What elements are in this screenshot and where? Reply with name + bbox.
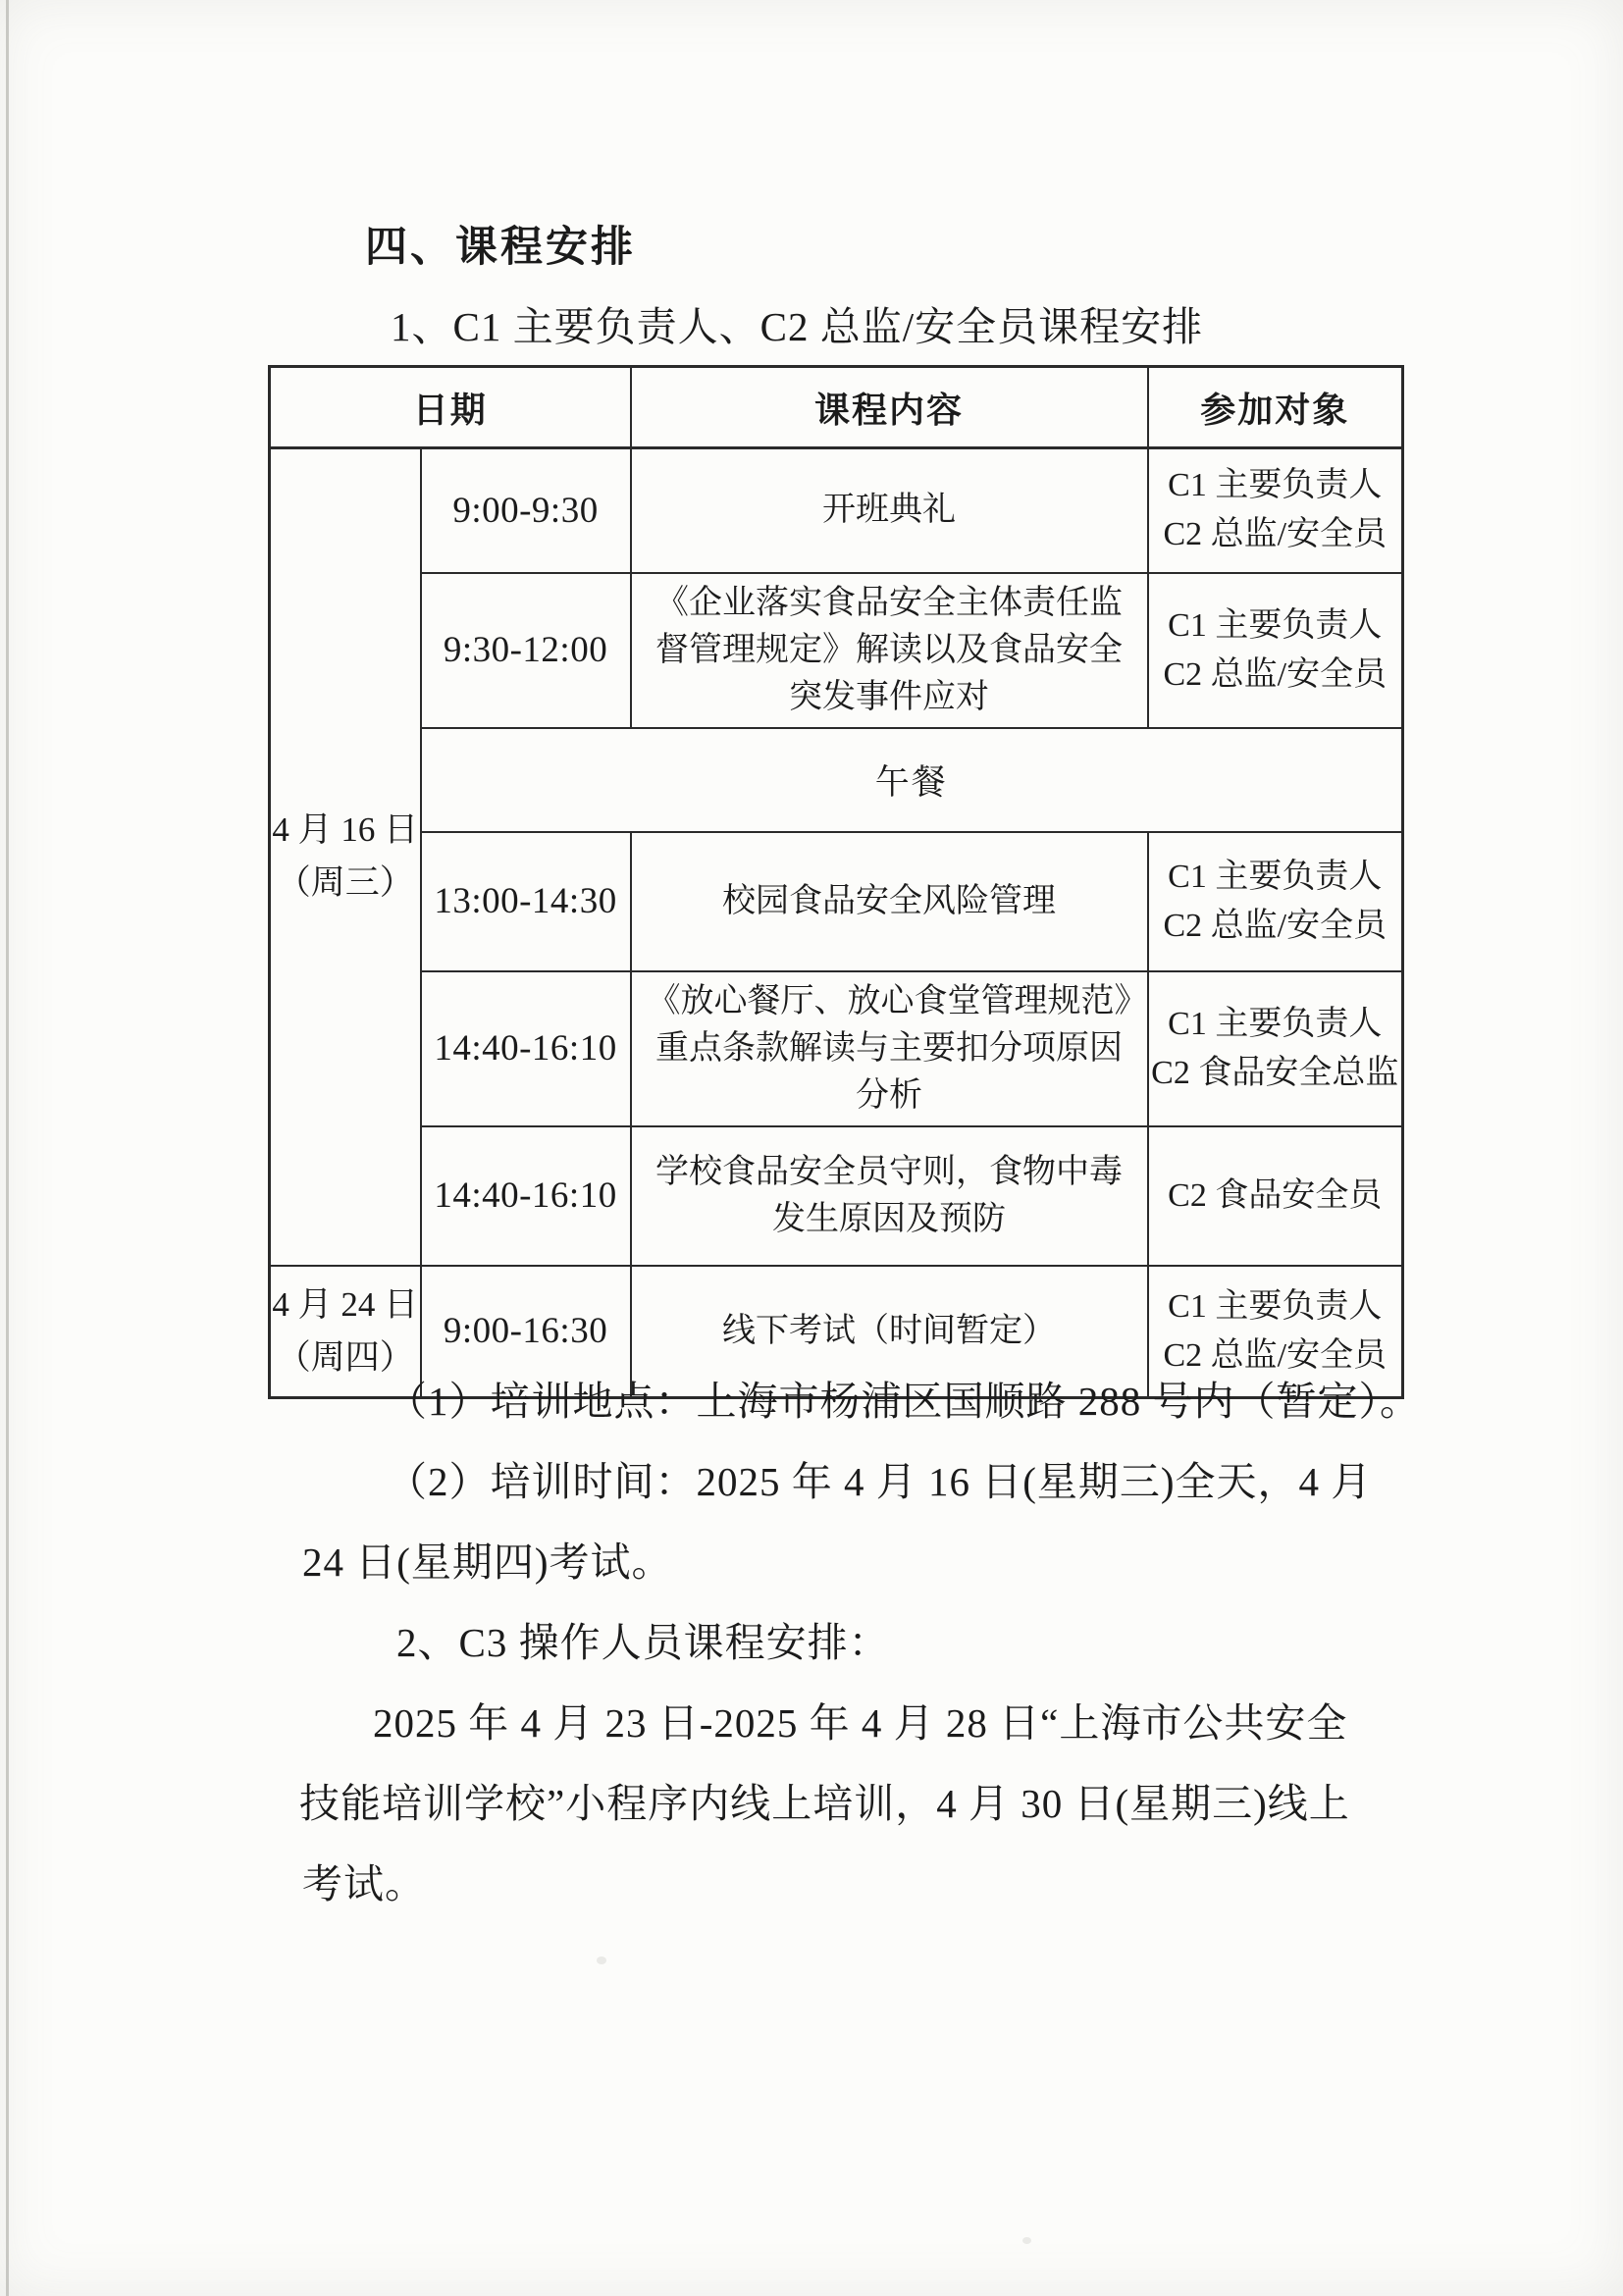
course-content-cell: 学校食品安全员守则，食物中毒发生原因及预防 [631, 1126, 1148, 1266]
date-line: 4 月 24 日 [272, 1278, 419, 1331]
table-row: 14:40-16:10 学校食品安全员守则，食物中毒发生原因及预防 C2 食品安… [270, 1126, 1403, 1266]
course-schedule-table: 日期 课程内容 参加对象 4 月 16 日 （周三） 9:00-9:30 开班典… [268, 365, 1404, 1399]
date-weekday: （周三） [272, 857, 419, 910]
course-content-cell: 《企业落实食品安全主体责任监督管理规定》解读以及食品安全突发事件应对 [631, 573, 1148, 728]
note-training-time-line2: 24 日(星期四)考试。 [302, 1530, 673, 1588]
scan-speckle [597, 1957, 606, 1964]
table-header-row: 日期 课程内容 参加对象 [270, 367, 1403, 448]
table-row: 13:00-14:30 校园食品安全风险管理 C1 主要负责人 C2 总监/安全… [270, 832, 1403, 971]
section-title: 四、课程安排 [365, 214, 636, 274]
participant-line: C2 总监/安全员 [1150, 651, 1401, 700]
header-date: 日期 [270, 367, 631, 448]
header-participants: 参加对象 [1148, 367, 1403, 448]
time-cell: 9:00-9:30 [421, 448, 631, 573]
date-cell-apr16: 4 月 16 日 （周三） [270, 448, 421, 1266]
participant-line: C2 总监/安全员 [1150, 510, 1401, 559]
note-training-location: （1）培训地点：上海市杨浦区国顺路 288 号内（暂定）。 [387, 1369, 1421, 1427]
time-cell: 14:40-16:10 [421, 971, 631, 1126]
time-cell: 9:30-12:00 [421, 573, 631, 728]
table-row: 4 月 16 日 （周三） 9:00-9:30 开班典礼 C1 主要负责人 C2… [270, 448, 1403, 573]
header-content: 课程内容 [631, 367, 1148, 448]
date-line: 4 月 16 日 [272, 804, 419, 857]
participants-cell: C2 食品安全员 [1148, 1126, 1403, 1266]
lunch-cell: 午餐 [421, 728, 1403, 832]
participant-line: C1 主要负责人 [1150, 853, 1401, 902]
participants-cell: C1 主要负责人 C2 总监/安全员 [1148, 832, 1403, 971]
course-content-cell: 开班典礼 [631, 448, 1148, 573]
note-training-time-line1: （2）培训时间：2025 年 4 月 16 日(星期三)全天，4 月 [387, 1449, 1372, 1507]
participant-line: C1 主要负责人 [1150, 601, 1401, 651]
lunch-row: 午餐 [270, 728, 1403, 832]
time-cell: 14:40-16:10 [421, 1126, 631, 1266]
subsection1-title: 1、C1 主要负责人、C2 总监/安全员课程安排 [391, 294, 1203, 352]
participants-cell: C1 主要负责人 C2 总监/安全员 [1148, 448, 1403, 573]
participant-line: C1 主要负责人 [1150, 1000, 1401, 1049]
subsection2-title: 2、C3 操作人员课程安排： [396, 1610, 890, 1668]
participant-line: C2 总监/安全员 [1150, 902, 1401, 951]
scan-speckle [1022, 2237, 1031, 2244]
c3-paragraph-line2: 技能培训学校”小程序内线上培训，4 月 30 日(星期三)线上 [299, 1771, 1350, 1829]
time-cell: 13:00-14:30 [421, 832, 631, 971]
participant-line: C1 主要负责人 [1150, 461, 1401, 510]
participant-line: C1 主要负责人 [1150, 1282, 1401, 1331]
course-content-cell: 《放心餐厅、放心食堂管理规范》重点条款解读与主要扣分项原因分析 [631, 971, 1148, 1126]
participant-line: C2 食品安全总监 [1150, 1049, 1401, 1098]
scanned-document-page: 四、课程安排 1、C1 主要负责人、C2 总监/安全员课程安排 日期 课程内容 … [0, 0, 1623, 2296]
course-content-cell: 校园食品安全风险管理 [631, 832, 1148, 971]
c3-paragraph-line1: 2025 年 4 月 23 日-2025 年 4 月 28 日“上海市公共安全 [373, 1691, 1347, 1748]
participants-cell: C1 主要负责人 C2 总监/安全员 [1148, 573, 1403, 728]
scan-edge-artifact [6, 0, 9, 2296]
c3-paragraph-line3: 考试。 [302, 1852, 426, 1909]
participants-cell: C1 主要负责人 C2 食品安全总监 [1148, 971, 1403, 1126]
participant-line: C2 食品安全员 [1150, 1172, 1401, 1221]
table-row: 9:30-12:00 《企业落实食品安全主体责任监督管理规定》解读以及食品安全突… [270, 573, 1403, 728]
table-row: 14:40-16:10 《放心餐厅、放心食堂管理规范》重点条款解读与主要扣分项原… [270, 971, 1403, 1126]
